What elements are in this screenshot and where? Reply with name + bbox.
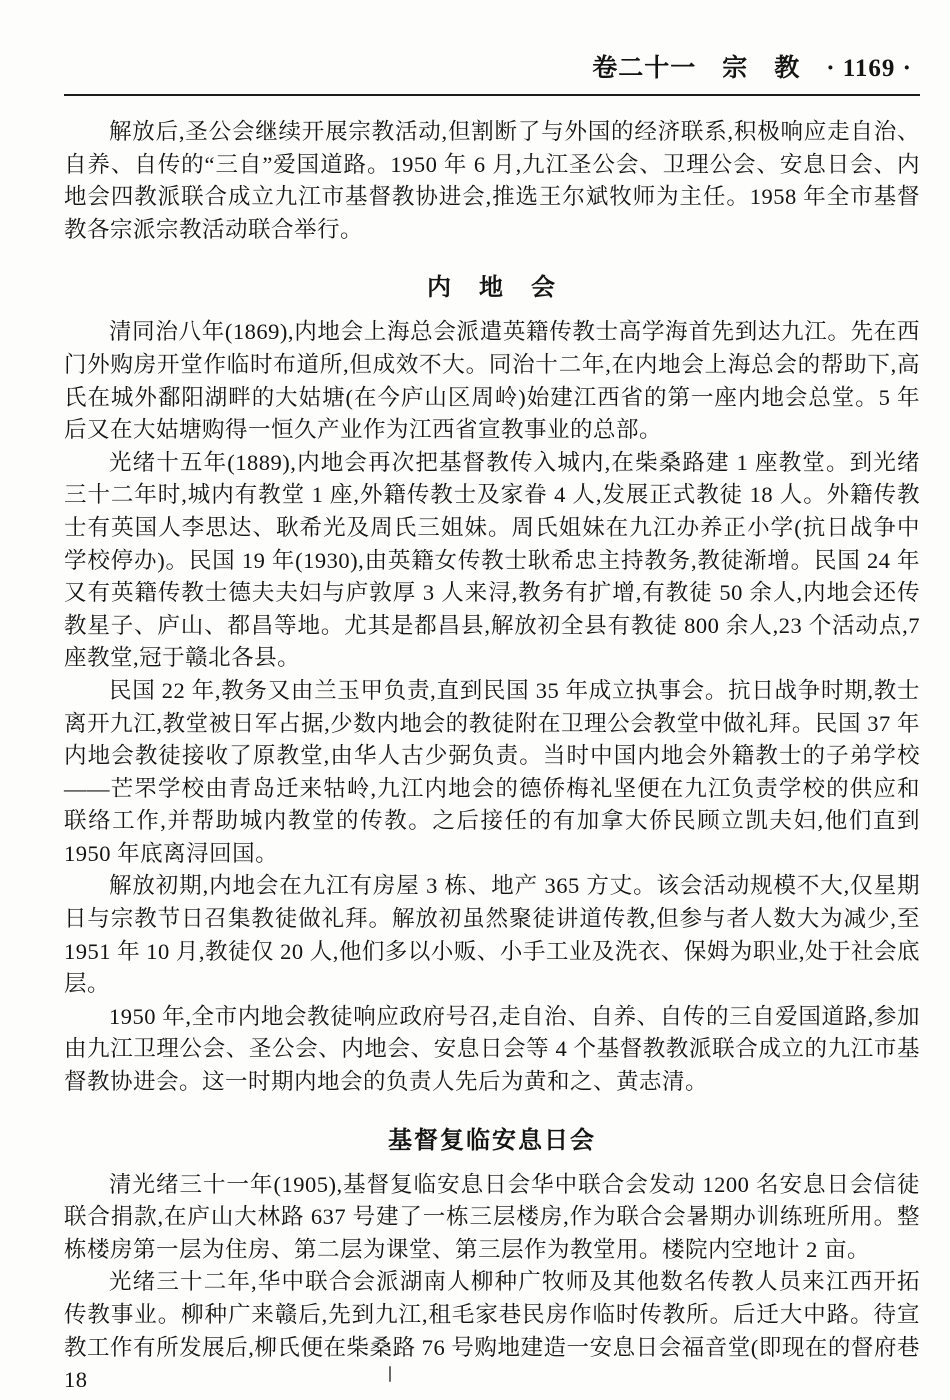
paragraph: 民国 22 年,教务又由兰玉甲负责,直到民国 35 年成立执事会。抗日战争时期,…: [64, 675, 920, 871]
paragraph: 光绪十五年(1889),内地会再次把基督教传入城内,在柴桑路建 1 座教堂。到光…: [64, 447, 920, 675]
header-divider: [64, 94, 920, 96]
page-header: 卷二十一 宗 教 · 1169 ·: [64, 52, 920, 86]
running-title: 卷二十一 宗 教: [592, 52, 800, 86]
paragraph: 清光绪三十一年(1905),基督复临安息日会华中联合会发动 1200 名安息日会…: [64, 1169, 920, 1267]
paragraph: 光绪三十二年,华中联合会派湖南人柳种广牧师及其他数名传教人员来江西开拓传教事业。…: [64, 1266, 920, 1396]
section-heading-china-inland-mission: 内 地 会: [64, 267, 920, 302]
paragraph: 清同治八年(1869),内地会上海总会派遣英籍传教士高学海首先到达九江。先在西门…: [64, 316, 920, 446]
scan-speck: [586, 1317, 589, 1320]
intro-paragraph: 解放后,圣公会继续开展宗教活动,但割断了与外国的经济联系,积极响应走自治、自养、…: [64, 116, 920, 246]
paragraph: 解放初期,内地会在九江有房屋 3 栋、地产 365 方丈。该会活动规模不大,仅星…: [64, 870, 920, 1000]
page-number: · 1169 ·: [826, 52, 912, 86]
page-body: 解放后,圣公会继续开展宗教活动,但割断了与外国的经济联系,积极响应走自治、自养、…: [64, 116, 920, 1397]
paragraph: 1950 年,全市内地会教徒响应政府号召,走自治、自养、自传的三自爱国道路,参加…: [64, 1001, 920, 1099]
scan-artifact: [389, 1366, 391, 1382]
scanned-page: 卷二十一 宗 教 · 1169 · 解放后,圣公会继续开展宗教活动,但割断了与外…: [0, 0, 950, 1400]
section-heading-seventh-day-adventist: 基督复临安息日会: [64, 1120, 920, 1155]
